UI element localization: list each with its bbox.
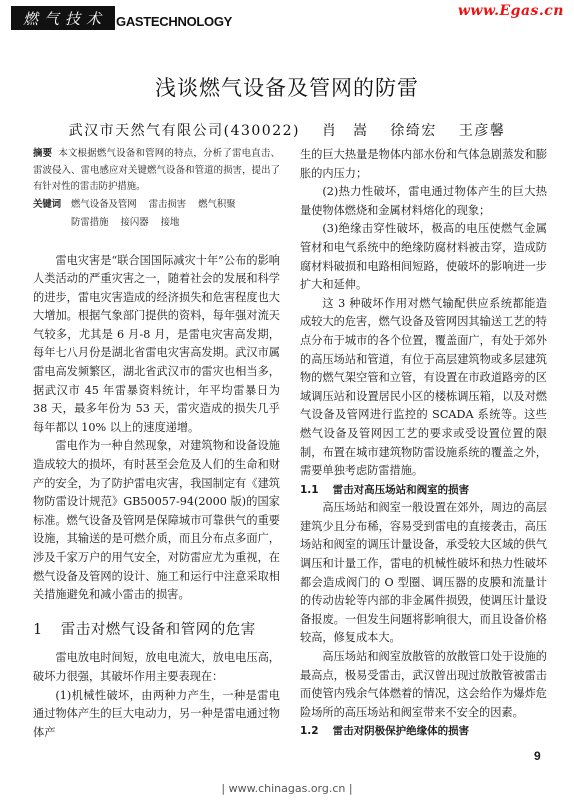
subsection-number: 1.2	[300, 725, 319, 737]
keyword: 燃气设备及管网	[71, 199, 137, 210]
left-column: 摘要本文根据燃气设备和管网的特点，分析了雷电直击、雷波侵入、雷电感应对关键燃气设…	[33, 146, 280, 742]
masthead-en-title: GASTECHNOLOGY	[116, 15, 232, 30]
subsection-title: 雷击对高压场站和阀室的损害	[333, 484, 470, 496]
keyword: 防雷措施	[71, 217, 109, 228]
section-number: 1	[33, 622, 43, 638]
body-paragraph: (2)热力性破坏，雷电通过物体产生的巨大热量使物体燃烧和金属材料熔化的现象；	[300, 183, 547, 220]
body-paragraph: 这 3 种破坏作用对燃气输配供应系统都能造成较大的危害，燃气设备及管网因其输送工…	[300, 295, 547, 481]
body-paragraph: (1)机械性破坏，由两种力产生，一种是雷电通过物体产生的巨大电动力，另一种是雷电…	[33, 687, 280, 743]
article-title: 浅谈燃气设备及管网的防雷	[0, 72, 574, 102]
abstract-label: 摘要	[33, 148, 52, 159]
affiliation: 武汉市天然气有限公司(430022)	[69, 123, 300, 139]
keyword: 接闪器	[121, 217, 149, 228]
watermark-url: www.Egas.cn	[458, 3, 564, 19]
keyword: 燃气积聚	[198, 199, 236, 210]
subsection-title: 雷击对阴极保护绝缘体的损害	[333, 725, 470, 737]
section-title: 雷击对燃气设备和管网的危害	[61, 622, 256, 638]
keywords-row: 关键词 燃气设备及管网雷击损害燃气积聚	[33, 196, 280, 214]
subsection-number: 1.1	[300, 484, 319, 496]
page-number: 9	[534, 749, 541, 763]
subsection-heading: 1.1雷击对高压场站和阀室的损害	[300, 481, 547, 500]
author: 徐绮宏	[390, 123, 437, 139]
author: 王彦馨	[459, 123, 506, 139]
body-paragraph: 雷电放电时间短，放电电流大，放电电压高，破坏力很强，其破坏作用主要表现在：	[33, 649, 280, 686]
subsection-heading: 1.2雷击对阴极保护绝缘体的损害	[300, 722, 547, 741]
right-column: 生的巨大热量是物体内部水份和气体急剧蒸发和膨胀的内压力； (2)热力性破坏，雷电…	[300, 146, 547, 741]
body-paragraph: 高压场站和阀室放散管的放散管口处于设施的最高点，极易受雷击，武汉曾出现过放散管被…	[300, 648, 547, 722]
abstract: 摘要本文根据燃气设备和管网的特点，分析了雷电直击、雷波侵入、雷电感应对关键燃气设…	[33, 146, 280, 196]
abstract-text: 本文根据燃气设备和管网的特点，分析了雷电直击、雷波侵入、雷电感应对关键燃气设备和…	[33, 148, 280, 192]
keywords-label: 关键词	[33, 196, 71, 214]
section-heading: 1雷击对燃气设备和管网的危害	[33, 621, 280, 640]
journal-masthead: 燃气技术 GASTECHNOLOGY	[11, 6, 232, 30]
body-paragraph: 雷电作为一种自然现象，对建筑物和设备设施造成较大的损坏，有时甚至会危及人们的生命…	[33, 437, 280, 604]
body-paragraph: 雷电灾害是“联合国国际减灾十年”公布的影响人类活动的严重灾害之一，随着社会的发展…	[33, 252, 280, 438]
body-paragraph: 高压场站和阀室一般设置在郊外，周边的高层建筑少且分布稀，容易受到雷电的直接袭击，…	[300, 499, 547, 648]
keyword: 雷击损害	[149, 199, 187, 210]
keywords-row: 防雷措施接闪器接地	[33, 214, 280, 232]
author: 肖 嵩	[322, 123, 369, 139]
body-paragraph-continued: 生的巨大热量是物体内部水份和气体急剧蒸发和膨胀的内压力；	[300, 146, 547, 183]
masthead-cn-title: 燃气技术	[11, 6, 115, 30]
footer-url: | www.chinagas.org.cn |	[0, 782, 574, 795]
keyword: 接地	[161, 217, 180, 228]
body-paragraph: (3)绝缘击穿性破坏，极高的电压使燃气金属管材和电气系统中的绝缘防腐材料被击穿，…	[300, 220, 547, 294]
byline: 武汉市天然气有限公司(430022) 肖 嵩 徐绮宏 王彦馨	[0, 120, 574, 140]
